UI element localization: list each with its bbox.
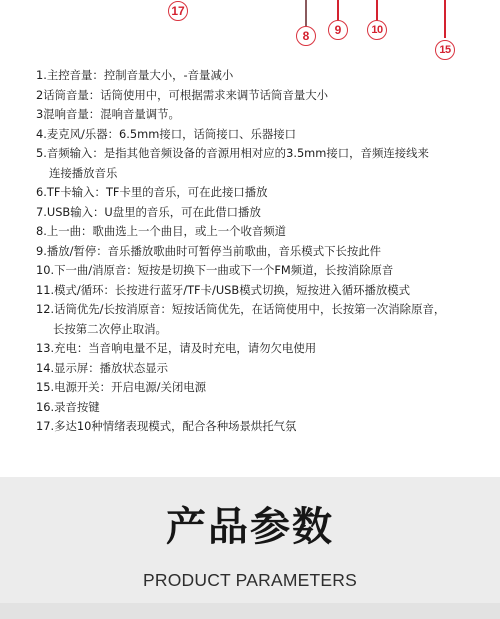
feature-item-15: 15.电源开关：开启电源/关闭电源 (36, 378, 486, 398)
feature-text: 9.播放/暂停：音乐播放歌曲时可暂停当前歌曲，音乐模式下长按此件 (36, 244, 381, 258)
feature-item-17: 17.多达10种情绪表现模式，配合各种场景烘托气氛 (36, 417, 486, 437)
leader-line-10 (376, 0, 378, 22)
leader-line-15 (444, 0, 446, 38)
callout-17-label: 17 (171, 4, 184, 18)
callout-15: 15 (435, 40, 455, 60)
diagram-callouts: 17 8 9 10 15 (0, 0, 500, 62)
callout-8-label: 8 (303, 29, 310, 43)
feature-item-5: 5.音频输入：是指其他音频设备的音源用相对应的3.5mm接口，音频连接线来 连接… (36, 144, 486, 183)
callout-10-label: 10 (371, 24, 382, 36)
feature-text: 16.录音按键 (36, 400, 100, 414)
feature-text: 17.多达10种情绪表现模式，配合各种场景烘托气氛 (36, 419, 296, 433)
feature-text: 12.话筒优先/长按消原音：短按话筒优先，在话筒使用中，长按第一次消除原音， (36, 302, 445, 316)
callout-17: 17 (168, 1, 188, 21)
feature-item-11: 11.模式/循环：长按进行蓝牙/TF卡/USB模式切换，短按进入循环播放模式 (36, 281, 486, 301)
callout-9-label: 9 (335, 23, 342, 37)
feature-text: 10.下一曲/消原音：短按是切换下一曲或下一个FM频道，长按消除原音 (36, 263, 393, 277)
feature-text: 8.上一曲：歌曲选上一个曲目，或上一个收音频道 (36, 224, 286, 238)
feature-text: 5.音频输入：是指其他音频设备的音源用相对应的3.5mm接口，音频连接线来 (36, 146, 429, 160)
feature-text-continuation: 连接播放音乐 (36, 164, 486, 184)
feature-text: 15.电源开关：开启电源/关闭电源 (36, 380, 206, 394)
feature-list: 1.主控音量：控制音量大小，-音量减小 2话筒音量：话筒使用中，可根据需求来调节… (36, 66, 486, 437)
feature-item-2: 2话筒音量：话筒使用中，可根据需求来调节话筒音量大小 (36, 86, 486, 106)
feature-text: 11.模式/循环：长按进行蓝牙/TF卡/USB模式切换，短按进入循环播放模式 (36, 283, 410, 297)
feature-item-3: 3混响音量：混响音量调节。 (36, 105, 486, 125)
feature-item-1: 1.主控音量：控制音量大小，-音量减小 (36, 66, 486, 86)
callout-15-label: 15 (439, 44, 450, 56)
feature-item-7: 7.USB输入：U盘里的音乐，可在此借口播放 (36, 203, 486, 223)
feature-item-6: 6.TF卡输入：TF卡里的音乐，可在此接口播放 (36, 183, 486, 203)
feature-text: 6.TF卡输入：TF卡里的音乐，可在此接口播放 (36, 185, 268, 199)
feature-text-continuation: 长按第二次停止取消。 (36, 320, 486, 340)
callout-9: 9 (328, 20, 348, 40)
leader-line-9 (337, 0, 339, 22)
section-subtitle: PRODUCT PARAMETERS (0, 569, 500, 591)
feature-text: 14.显示屏：播放状态显示 (36, 361, 168, 375)
feature-text: 1.主控音量：控制音量大小，-音量减小 (36, 68, 233, 82)
leader-line-8 (305, 0, 307, 27)
feature-item-4: 4.麦克风/乐器：6.5mm接口，话筒接口、乐器接口 (36, 125, 486, 145)
feature-item-10: 10.下一曲/消原音：短按是切换下一曲或下一个FM频道，长按消除原音 (36, 261, 486, 281)
feature-text: 2话筒音量：话筒使用中，可根据需求来调节话筒音量大小 (36, 88, 328, 102)
feature-text: 7.USB输入：U盘里的音乐，可在此借口播放 (36, 205, 261, 219)
feature-item-8: 8.上一曲：歌曲选上一个曲目，或上一个收音频道 (36, 222, 486, 242)
callout-8: 8 (296, 26, 316, 46)
callout-10: 10 (367, 20, 387, 40)
feature-item-13: 13.充电：当音响电量不足，请及时充电，请勿欠电使用 (36, 339, 486, 359)
section-title: 产品参数 (0, 503, 500, 551)
feature-item-16: 16.录音按键 (36, 398, 486, 418)
feature-item-14: 14.显示屏：播放状态显示 (36, 359, 486, 379)
bottom-divider-strip (0, 603, 500, 619)
feature-text: 4.麦克风/乐器：6.5mm接口，话筒接口、乐器接口 (36, 127, 296, 141)
feature-item-9: 9.播放/暂停：音乐播放歌曲时可暂停当前歌曲，音乐模式下长按此件 (36, 242, 486, 262)
feature-text: 3混响音量：混响音量调节。 (36, 107, 180, 121)
feature-text: 13.充电：当音响电量不足，请及时充电，请勿欠电使用 (36, 341, 316, 355)
feature-item-12: 12.话筒优先/长按消原音：短按话筒优先，在话筒使用中，长按第一次消除原音， 长… (36, 300, 486, 339)
